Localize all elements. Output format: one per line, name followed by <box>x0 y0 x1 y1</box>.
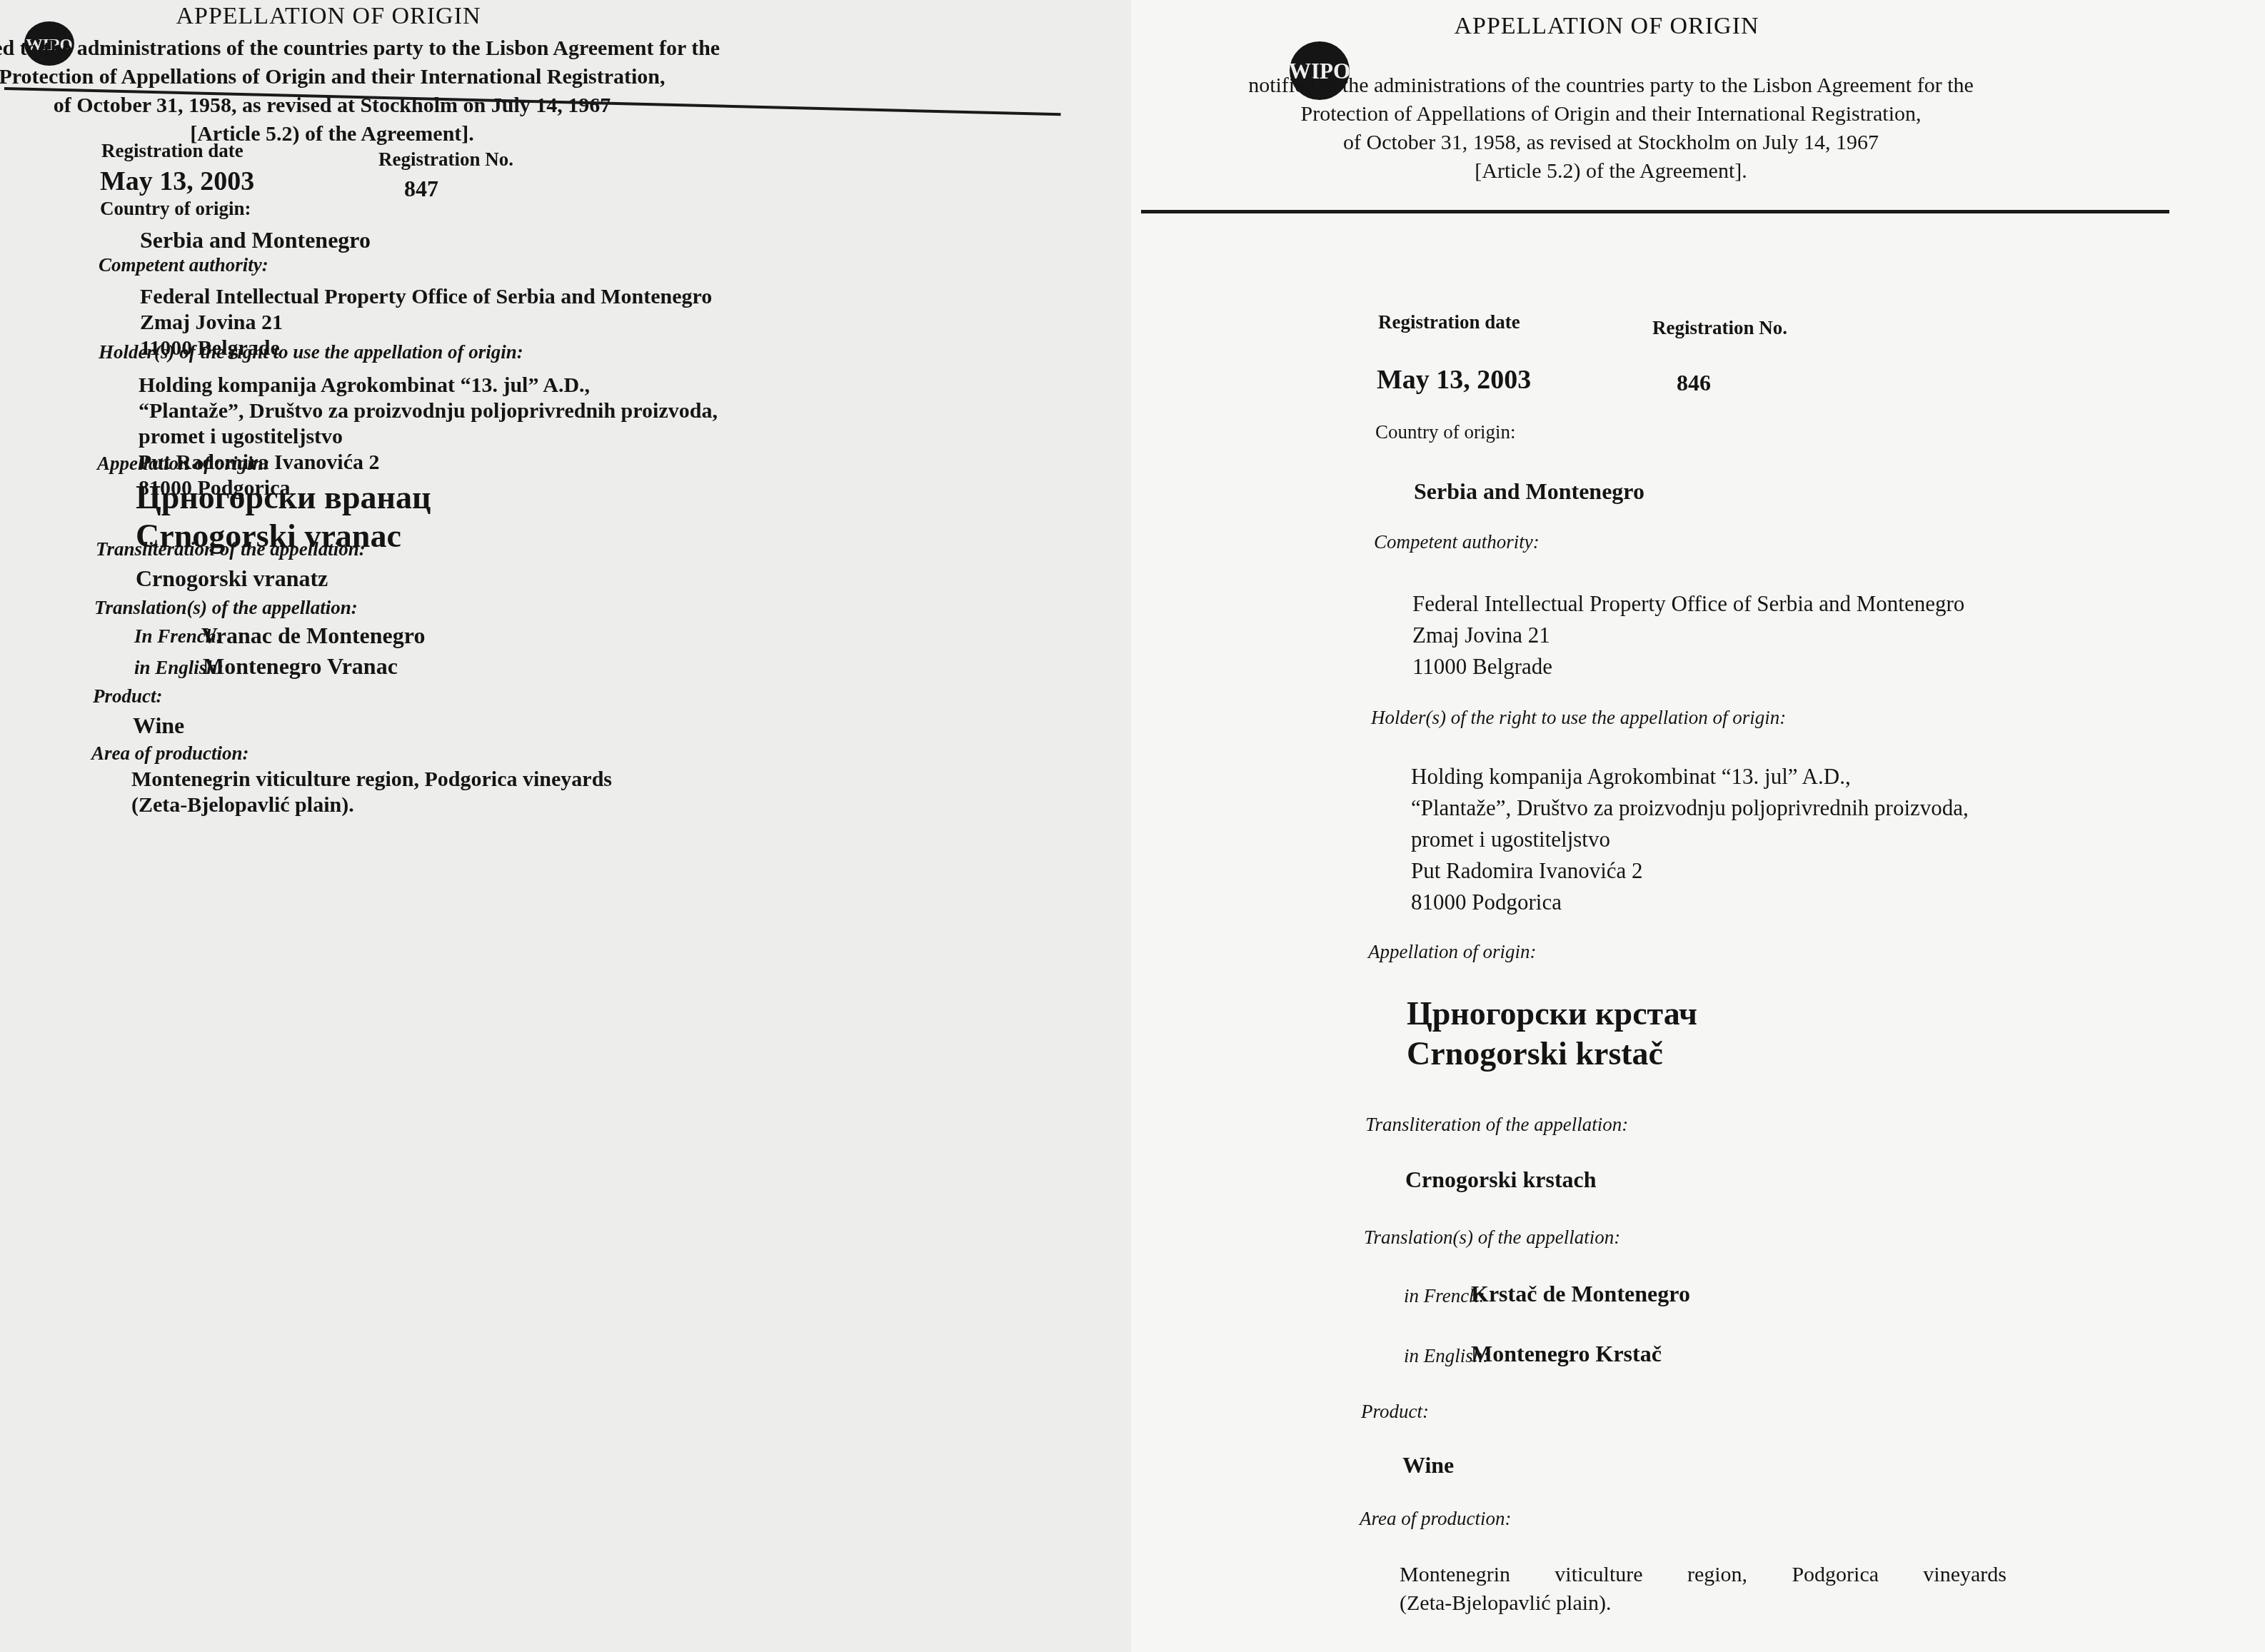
notice-line: Protection of Appellations of Origin and… <box>0 63 720 91</box>
authority-line: Federal Intellectual Property Office of … <box>140 284 712 310</box>
holder-address: Holding kompanija Agrokombinat “13. jul”… <box>1411 761 1969 918</box>
product-label: Product: <box>1361 1401 1429 1423</box>
area-word: vineyards <box>1923 1561 2007 1589</box>
transliteration-label: Transliteration of the appellation: <box>96 538 366 560</box>
appellation-label: Appellation of origin: <box>97 453 270 475</box>
appellation-name: Црногорски крстач Crnogorski krstač <box>1407 994 1697 1074</box>
english-translation: Montenegro Vranac <box>203 653 398 680</box>
product-value: Wine <box>133 712 184 739</box>
french-translation: Vranac de Montenegro <box>201 623 425 649</box>
country-value: Serbia and Montenegro <box>1414 478 1644 505</box>
registration-number: 846 <box>1677 370 1711 396</box>
country-label: Country of origin: <box>1375 421 1516 443</box>
registration-no-label: Registration No. <box>378 148 513 171</box>
appellation-label: Appellation of origin: <box>1368 941 1537 963</box>
area-line: Montenegrin viticulture region, Podgoric… <box>131 767 612 792</box>
holder-label: Holder(s) of the right to use the appell… <box>1371 707 1786 729</box>
holder-line: “Plantaže”, Društvo za proizvodnju poljo… <box>1411 792 1969 824</box>
registration-date: May 13, 2003 <box>100 166 254 197</box>
notice-line: Protection of Appellations of Origin and… <box>1248 100 1974 129</box>
notice-line: of October 31, 1958, as revised at Stock… <box>1248 129 1974 157</box>
authority-line: Zmaj Jovina 21 <box>140 310 712 336</box>
registration-date: May 13, 2003 <box>1377 364 1531 396</box>
registration-date-label: Registration date <box>101 140 243 162</box>
area-of-production: Montenegrin viticulture region, Podgoric… <box>131 767 612 818</box>
registration-number: 847 <box>404 176 438 202</box>
notice-line: [Article 5.2) of the Agreement]. <box>1248 157 1974 186</box>
holder-line: Holding kompanija Agrokombinat “13. jul”… <box>1411 761 1969 792</box>
appellation-cyrillic: Црногорски вранац <box>136 478 431 517</box>
document-846: WIPO APPELLATION OF ORIGIN notified to t… <box>1131 0 2265 1652</box>
document-title: APPELLATION OF ORIGIN <box>1454 13 1759 40</box>
header-divider <box>1141 210 2169 213</box>
authority-line: Zmaj Jovina 21 <box>1412 620 1964 651</box>
area-line: (Zeta-Bjelopavlić plain). <box>1400 1589 2007 1618</box>
translations-label: Translation(s) of the appellation: <box>1364 1227 1620 1249</box>
holder-line: Holding kompanija Agrokombinat “13. jul”… <box>139 373 718 398</box>
area-word: Montenegrin <box>1400 1561 1510 1589</box>
product-label: Product: <box>93 685 163 707</box>
holder-line: 81000 Podgorica <box>1411 887 1969 918</box>
document-847: WIPO APPELLATION OF ORIGIN notified to t… <box>0 0 1131 1652</box>
area-word: region, <box>1687 1561 1747 1589</box>
notice-line: notified to the administrations of the c… <box>0 34 720 63</box>
area-line: Montenegrin viticulture region, Podgoric… <box>1400 1561 2007 1589</box>
authority-label: Competent authority: <box>99 254 268 276</box>
transliteration-label: Transliteration of the appellation: <box>1365 1114 1628 1136</box>
transliteration-value: Crnogorski krstach <box>1405 1167 1597 1193</box>
holder-line: promet i ugostiteljstvo <box>1411 824 1969 855</box>
translations-label: Translation(s) of the appellation: <box>94 597 358 619</box>
holder-line: promet i ugostiteljstvo <box>139 424 718 450</box>
area-label: Area of production: <box>91 742 249 765</box>
country-value: Serbia and Montenegro <box>140 227 371 253</box>
holder-label: Holder(s) of the right to use the appell… <box>99 341 523 363</box>
country-label: Country of origin: <box>100 198 251 220</box>
authority-label: Competent authority: <box>1374 531 1540 553</box>
notice-text: notified to the administrations of the c… <box>1248 71 1974 186</box>
area-of-production: Montenegrin viticulture region, Podgoric… <box>1400 1561 2007 1618</box>
registration-date-label: Registration date <box>1378 311 1520 333</box>
authority-line: 11000 Belgrade <box>1412 651 1964 683</box>
area-line: (Zeta-Bjelopavlić plain). <box>131 792 612 818</box>
transliteration-value: Crnogorski vranatz <box>136 565 328 592</box>
french-translation: Krstač de Montenegro <box>1471 1281 1690 1307</box>
appellation-latin: Crnogorski krstač <box>1407 1034 1697 1074</box>
area-label: Area of production: <box>1360 1508 1511 1530</box>
registration-no-label: Registration No. <box>1652 317 1787 339</box>
notice-line: notified to the administrations of the c… <box>1248 71 1974 100</box>
authority-address: Federal Intellectual Property Office of … <box>1412 588 1964 683</box>
area-word: viticulture <box>1555 1561 1642 1589</box>
english-translation: Montenegro Krstač <box>1471 1341 1662 1367</box>
product-value: Wine <box>1402 1452 1454 1479</box>
holder-line: “Plantaže”, Društvo za proizvodnju poljo… <box>139 398 718 424</box>
authority-line: Federal Intellectual Property Office of … <box>1412 588 1964 620</box>
holder-line: Put Radomira Ivanovića 2 <box>1411 855 1969 887</box>
area-word: Podgorica <box>1792 1561 1879 1589</box>
appellation-cyrillic: Црногорски крстач <box>1407 994 1697 1034</box>
document-title: APPELLATION OF ORIGIN <box>176 3 481 30</box>
